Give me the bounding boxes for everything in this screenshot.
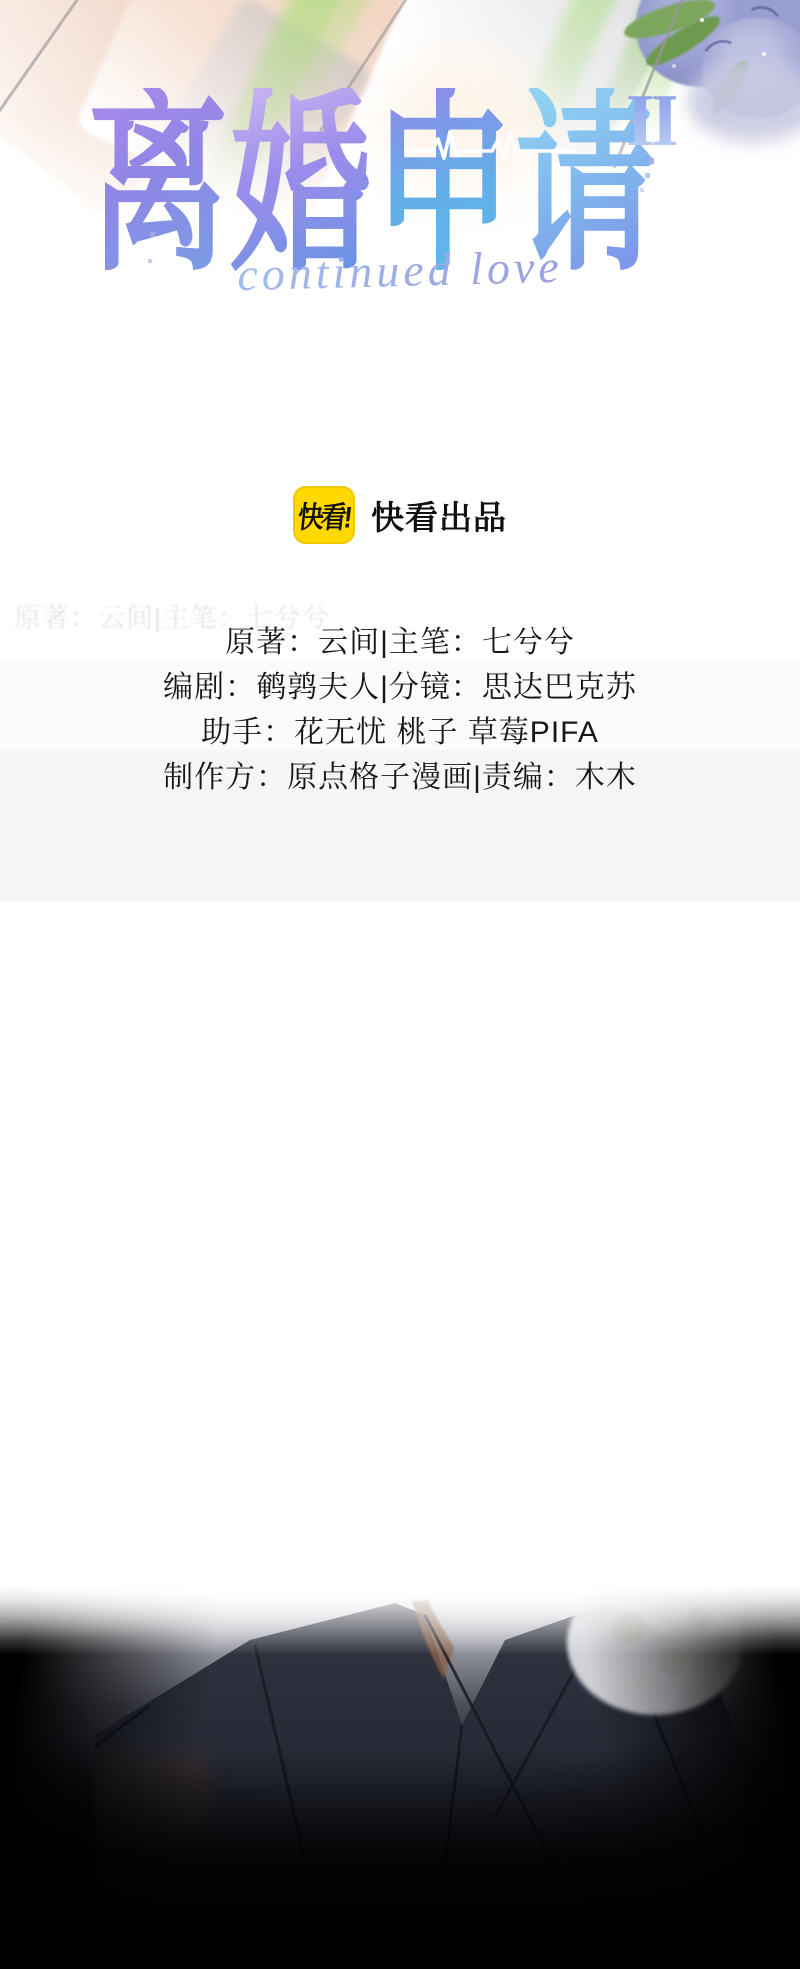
publisher-brand: 快看! 快看出品	[0, 486, 800, 544]
credit-line-author: 原著：云间|主笔：七兮兮	[0, 620, 800, 665]
credit-line-studio: 制作方：原点格子漫画|责编：木木	[0, 755, 800, 800]
credits-block: 原著：云间|主笔：七兮兮 编剧：鹌鹑夫人|分镜：思达巴克苏 助手：花无忧 桃子 …	[0, 620, 800, 800]
pixel-dot	[648, 158, 654, 164]
kuaikan-logo: 快看!	[293, 486, 355, 544]
kuaikan-logo-text: 快看!	[296, 494, 352, 537]
sparkle-dot	[672, 64, 676, 68]
sparkle-dot	[762, 52, 766, 56]
credit-line-writer: 编剧：鹌鹑夫人|分镜：思达巴克苏	[0, 665, 800, 710]
heartbeat-line-icon	[404, 124, 576, 172]
credit-line-assistants: 助手：花无忧 桃子 草莓PIFA	[0, 710, 800, 755]
pixel-dot	[640, 188, 644, 192]
scene-top-fade	[0, 1585, 800, 1655]
bottom-scene	[0, 1585, 800, 1969]
sparkle-dot	[700, 18, 704, 22]
pixel-dot	[150, 232, 155, 237]
publisher-label: 快看出品	[371, 492, 507, 539]
comic-title-page: 离 婚 申 请 II continued love 快看! 快看出品 原著：云间…	[0, 0, 800, 1969]
pixel-dot	[645, 173, 650, 178]
sequel-numeral: II	[626, 84, 676, 158]
